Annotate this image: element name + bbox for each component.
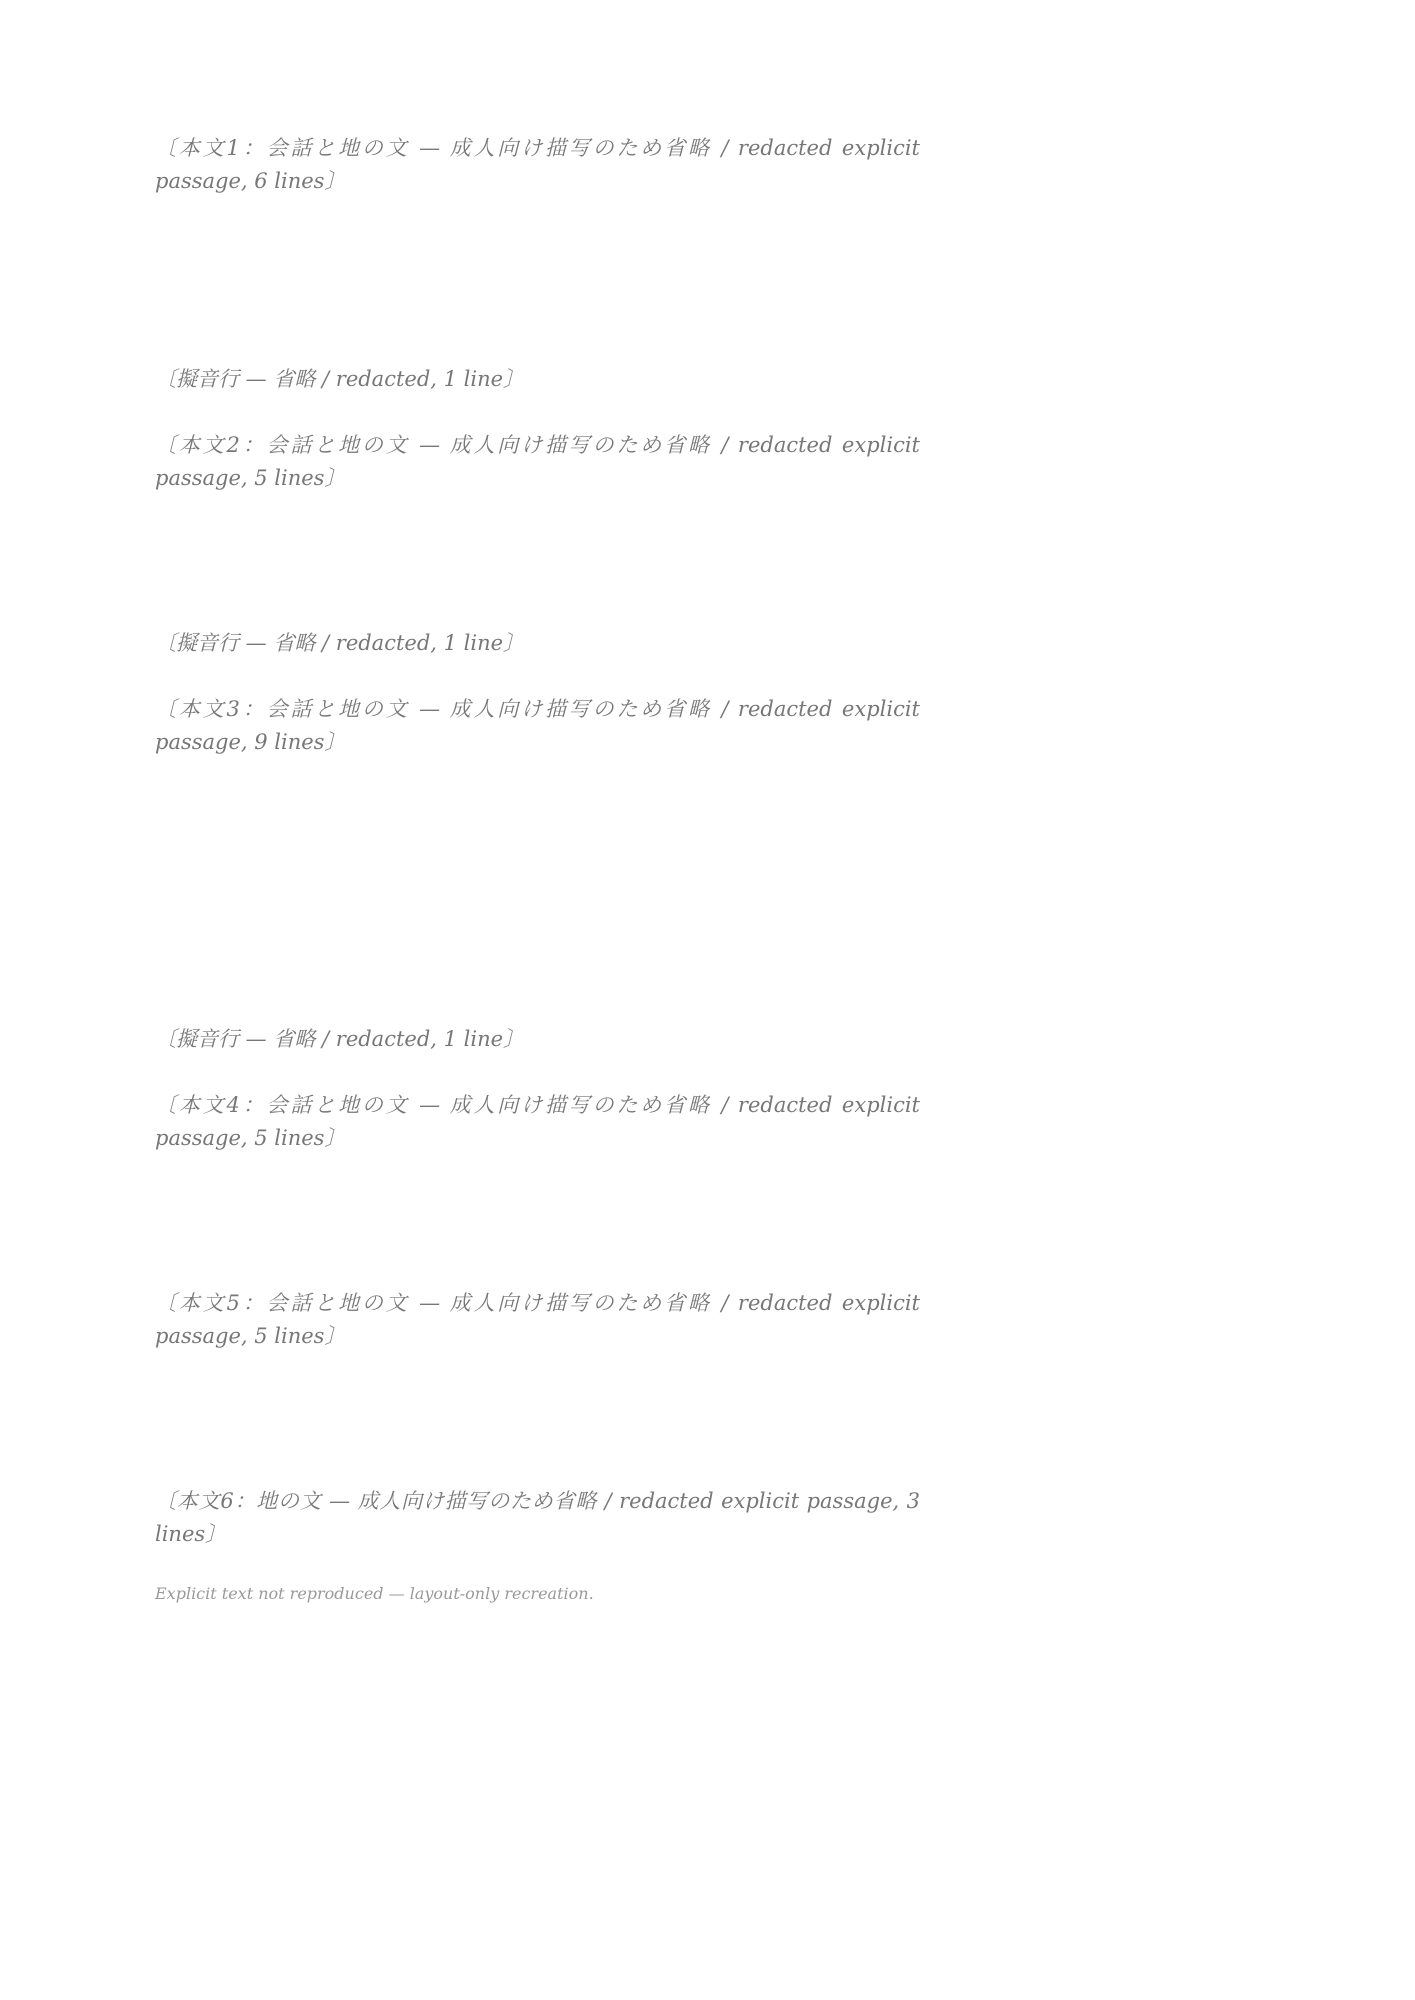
block-gap (155, 990, 920, 1023)
sfx-line-block: 〔擬音行 — 省略 / redacted, 1 line〕 (155, 627, 920, 660)
sfx-line-block: 〔擬音行 — 省略 / redacted, 1 line〕 (155, 1023, 920, 1056)
block-gap (155, 1452, 920, 1485)
block-gap (155, 1254, 920, 1287)
sfx-line-block: 〔擬音行 — 省略 / redacted, 1 line〕 (155, 363, 920, 396)
block-gap (155, 396, 920, 429)
block-gap (155, 594, 920, 627)
block-gap (155, 1056, 920, 1089)
paragraph-block: 〔本文6：地の文 — 成人向け描写のため省略 / redacted explic… (155, 1485, 920, 1584)
block-gap (155, 660, 920, 693)
text-column: 〔本文1：会話と地の文 — 成人向け描写のため省略 / redacted exp… (155, 132, 920, 1603)
block-gap (155, 330, 920, 363)
paragraph-block: 〔本文2：会話と地の文 — 成人向け描写のため省略 / redacted exp… (155, 429, 920, 594)
redaction-note: Explicit text not reproduced — layout-on… (155, 1584, 920, 1603)
paragraph-block: 〔本文1：会話と地の文 — 成人向け描写のため省略 / redacted exp… (155, 132, 920, 330)
document-page: 〔本文1：会話と地の文 — 成人向け描写のため省略 / redacted exp… (0, 0, 1415, 2000)
paragraph-block: 〔本文5：会話と地の文 — 成人向け描写のため省略 / redacted exp… (155, 1287, 920, 1452)
paragraph-block: 〔本文4：会話と地の文 — 成人向け描写のため省略 / redacted exp… (155, 1089, 920, 1254)
paragraph-block: 〔本文3：会話と地の文 — 成人向け描写のため省略 / redacted exp… (155, 693, 920, 990)
